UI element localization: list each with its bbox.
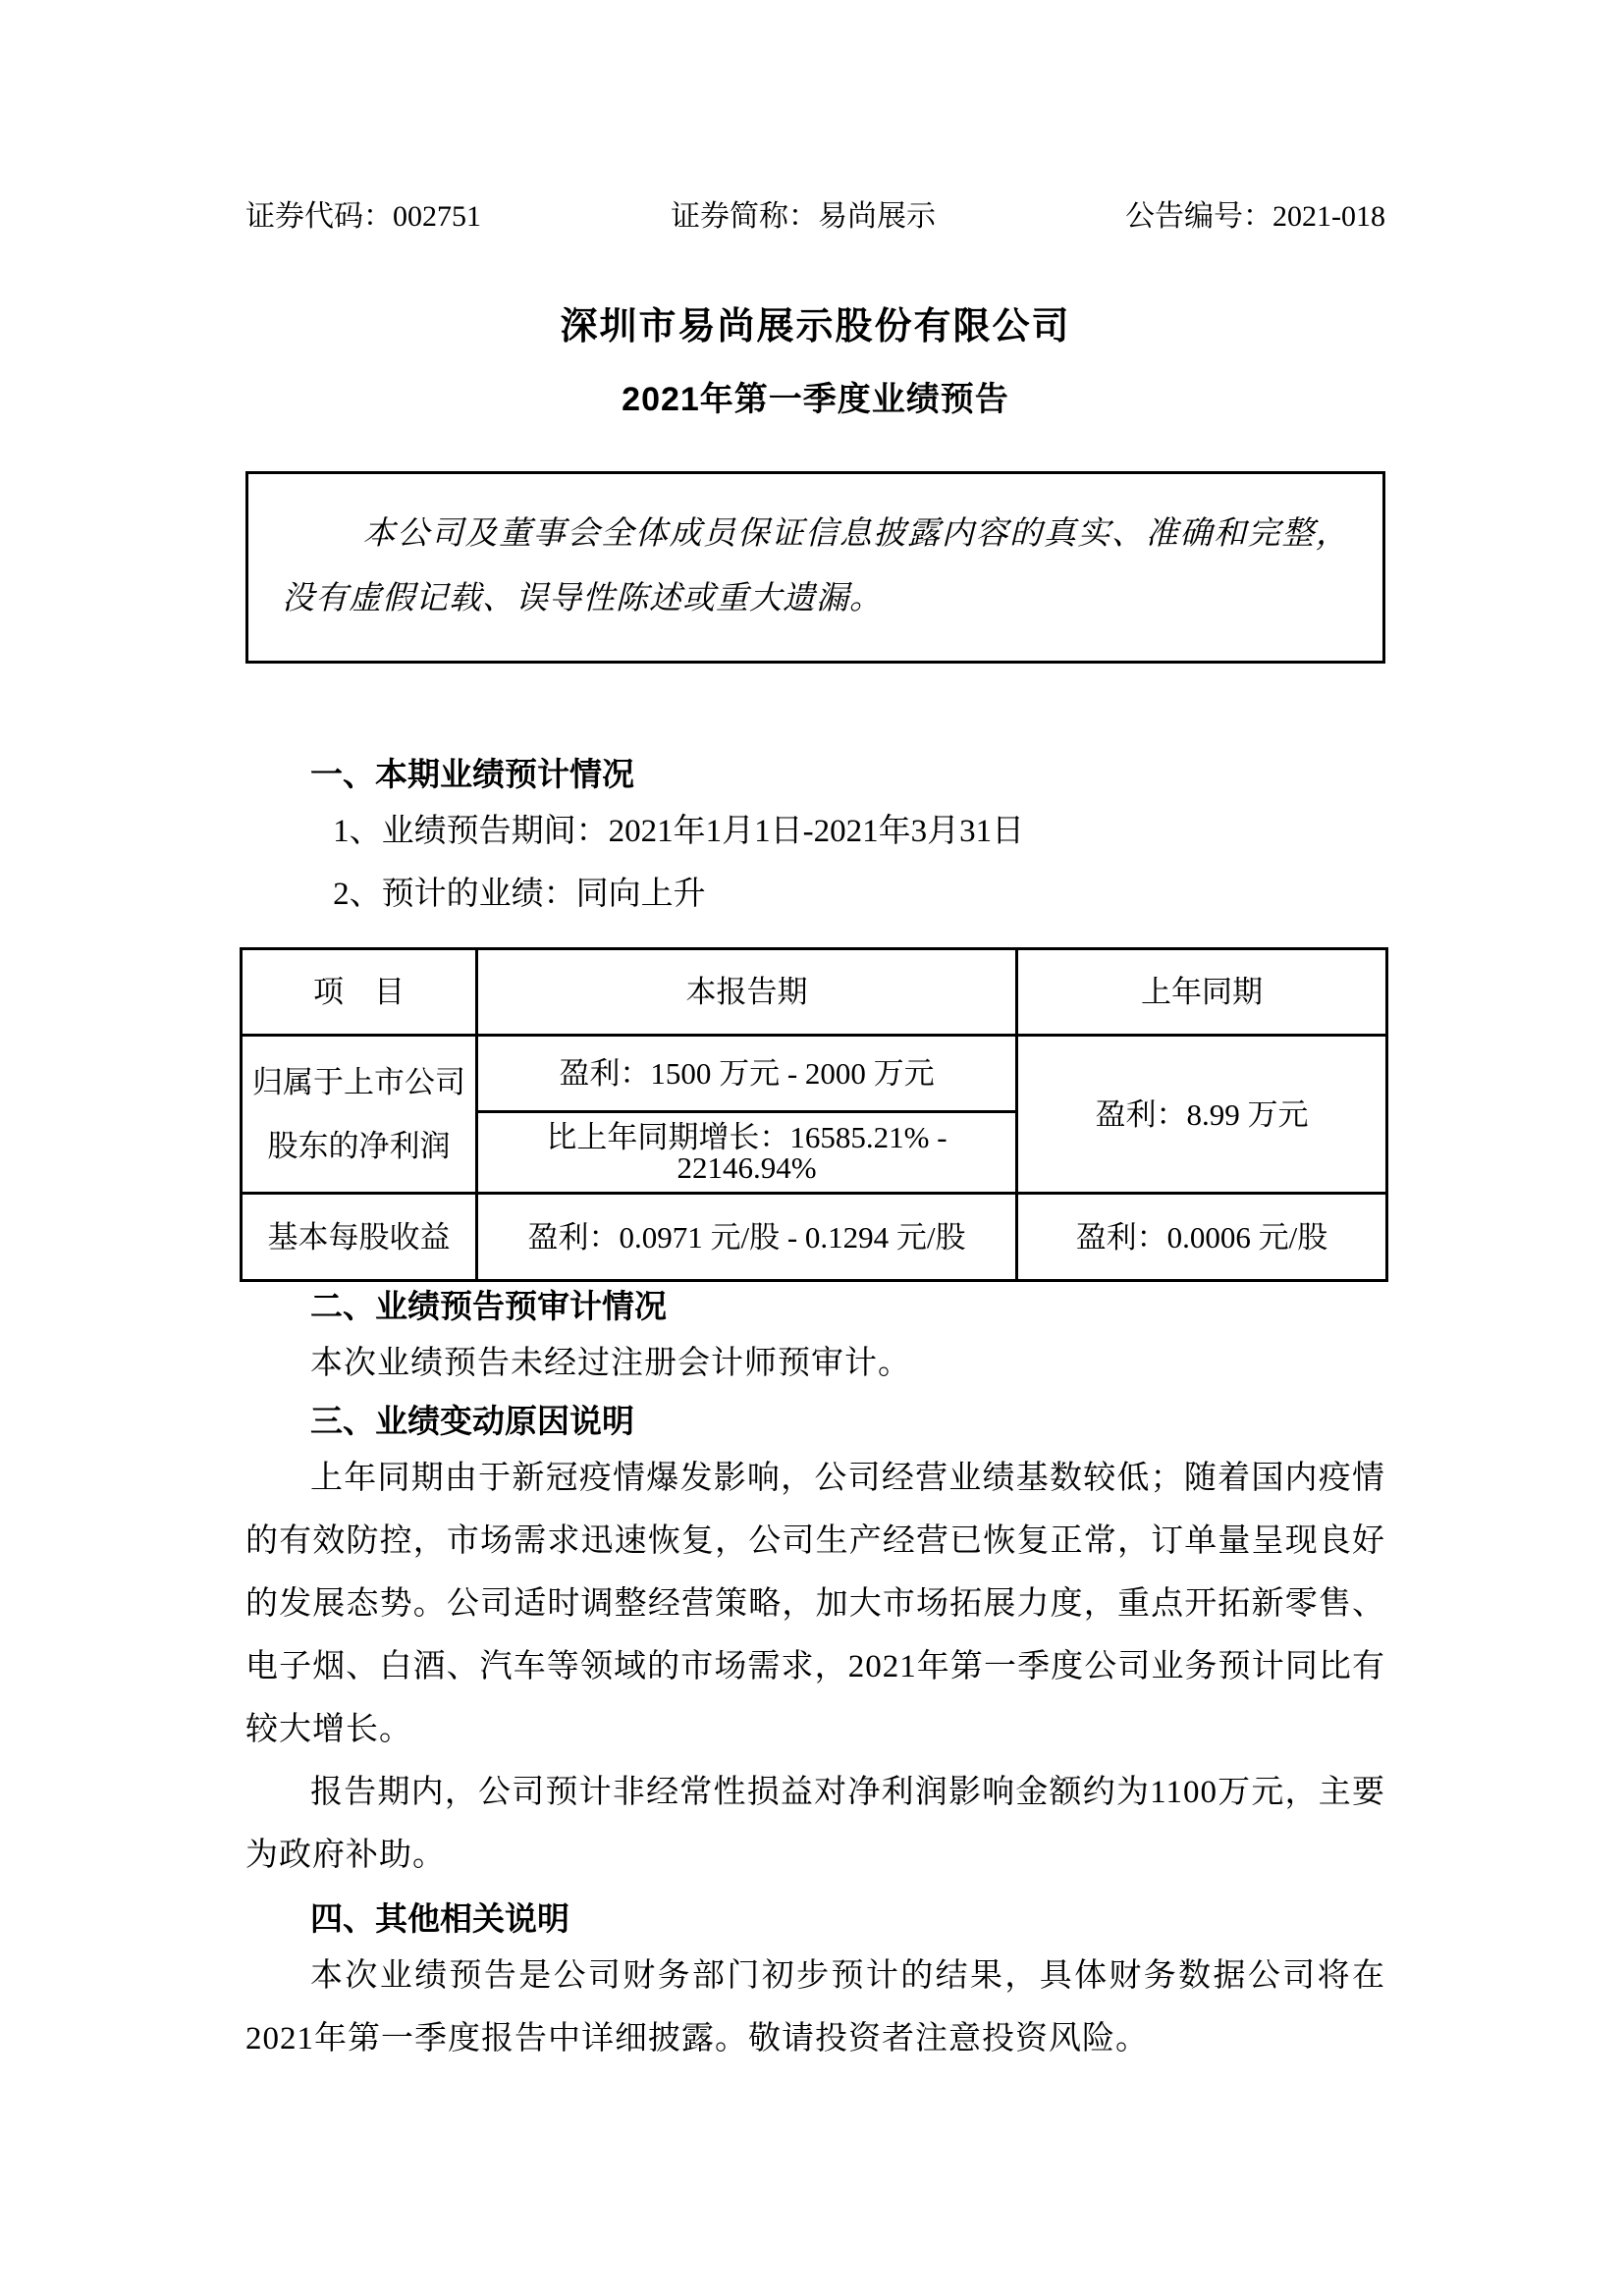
section-3-heading: 三、业绩变动原因说明 (245, 1405, 1385, 1437)
net-profit-item-cell: 归属于上市公司 股东的净利润 (242, 1036, 477, 1194)
section-2-body: 本次业绩预告未经过注册会计师预审计。 (245, 1332, 1385, 1395)
company-title: 深圳市易尚展示股份有限公司 (245, 308, 1385, 346)
stock-abbr: 证券简称：易尚展示 (671, 202, 936, 232)
forecast-table: 项 目 本报告期 上年同期 归属于上市公司 股东的净利润 盈利：1500 万元 … (240, 947, 1388, 1282)
section-3-paragraph-1: 上年同期由于新冠疫情爆发影响，公司经营业绩基数较低；随着国内疫情的有效防控，市场… (245, 1447, 1385, 1761)
section-1-heading: 一、本期业绩预计情况 (245, 758, 1385, 790)
eps-row: 基本每股收益 盈利：0.0971 元/股 - 0.1294 元/股 盈利：0.0… (242, 1194, 1387, 1281)
section-1-item-direction: 2、预计的业绩：同向上升 (245, 863, 1385, 926)
net-profit-current-amount: 盈利：1500 万元 - 2000 万元 (477, 1036, 1017, 1112)
report-title: 2021年第一季度业绩预告 (245, 383, 1385, 416)
eps-current-value: 盈利：0.0971 元/股 - 0.1294 元/股 (477, 1194, 1017, 1281)
doc-header: 证券代码：002751 证券简称：易尚展示 公告编号：2021-018 (245, 202, 1385, 232)
stock-code: 证券代码：002751 (245, 202, 481, 232)
disclaimer-box: 本公司及董事会全体成员保证信息披露内容的真实、准确和完整，没有虚假记载、误导性陈… (245, 471, 1385, 664)
eps-prior-value: 盈利：0.0006 元/股 (1017, 1194, 1387, 1281)
section-2-heading: 二、业绩预告预审计情况 (245, 1290, 1385, 1322)
section-4-heading: 四、其他相关说明 (245, 1902, 1385, 1935)
net-profit-row-amount: 归属于上市公司 股东的净利润 盈利：1500 万元 - 2000 万元 盈利：8… (242, 1036, 1387, 1112)
table-header-row: 项 目 本报告期 上年同期 (242, 949, 1387, 1036)
table-header-item: 项 目 (242, 949, 477, 1036)
eps-item-label: 基本每股收益 (242, 1194, 477, 1281)
net-profit-current-growth: 比上年同期增长：16585.21% - 22146.94% (477, 1112, 1017, 1194)
net-profit-prior-amount: 盈利：8.99 万元 (1017, 1036, 1387, 1194)
section-3-paragraph-2: 报告期内，公司预计非经常性损益对净利润影响金额约为1100万元，主要为政府补助。 (245, 1761, 1385, 1887)
announcement-number: 公告编号：2021-018 (1125, 202, 1385, 232)
table-header-prior-period: 上年同期 (1017, 949, 1387, 1036)
net-profit-item-line2: 股东的净利润 (248, 1131, 469, 1161)
table-header-current-period: 本报告期 (477, 949, 1017, 1036)
disclaimer-text: 本公司及董事会全体成员保证信息披露内容的真实、准确和完整，没有虚假记载、误导性陈… (282, 502, 1349, 631)
net-profit-item-label: 归属于上市公司 股东的净利润 (248, 1037, 469, 1192)
document-page: 证券代码：002751 证券简称：易尚展示 公告编号：2021-018 深圳市易… (0, 0, 1624, 2296)
section-4-paragraph-1: 本次业绩预告是公司财务部门初步预计的结果，具体财务数据公司将在2021年第一季度… (245, 1945, 1385, 2070)
net-profit-item-line1: 归属于上市公司 (248, 1067, 469, 1097)
section-1-item-period: 1、业绩预告期间：2021年1月1日-2021年3月31日 (245, 800, 1385, 863)
